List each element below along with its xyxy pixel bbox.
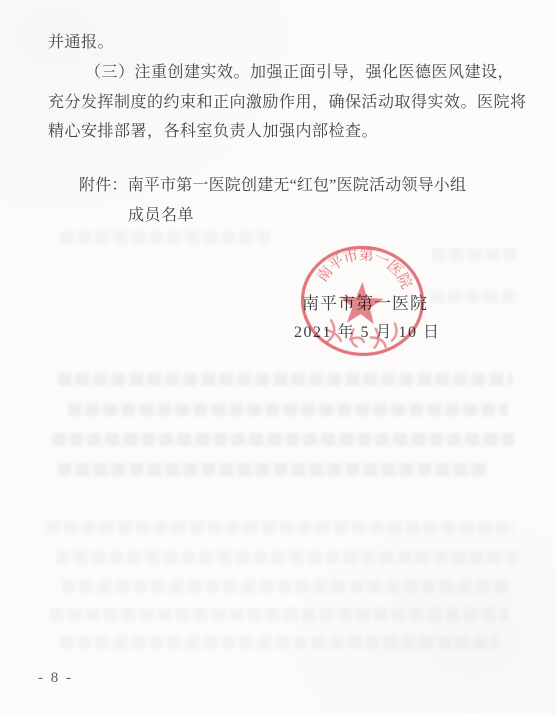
bleedthrough-line bbox=[60, 636, 498, 649]
bleedthrough-line bbox=[62, 580, 510, 593]
bleedthrough-line bbox=[46, 521, 516, 534]
bleedthrough-line bbox=[58, 463, 488, 476]
bleedthrough-line bbox=[58, 373, 513, 386]
bleedthrough-line bbox=[52, 433, 514, 446]
body-line-1: 并通报。 bbox=[48, 29, 114, 52]
official-seal: 南平市第一医院 bbox=[295, 237, 433, 366]
bleedthrough-line bbox=[56, 551, 518, 564]
bleedthrough-line bbox=[68, 403, 508, 416]
scanned-document-page: 并通报。 （三）注重创建实效。加强正面引导，强化医德医风建设， 充分发挥制度的约… bbox=[0, 0, 556, 715]
red-star-icon bbox=[338, 281, 384, 325]
body-line-4: 精心安排部署，各科室负责人加强内部检查。 bbox=[48, 118, 378, 141]
seal-bottom-marks bbox=[326, 320, 397, 349]
bleedthrough-line bbox=[50, 608, 508, 621]
bleedthrough-line bbox=[430, 290, 520, 303]
body-line-2: （三）注重创建实效。加强正面引导，强化医德医风建设， bbox=[85, 59, 514, 82]
attachment-line-2: 成员名单 bbox=[128, 202, 194, 225]
official-seal-graphic: 南平市第一医院 bbox=[295, 237, 433, 366]
seal-arc-text: 南平市第一医院 bbox=[313, 244, 417, 292]
page-number: - 8 - bbox=[38, 670, 73, 687]
bleedthrough-line bbox=[60, 231, 270, 244]
bleedthrough-line bbox=[432, 248, 517, 261]
body-line-3: 充分发挥制度的约束和正向激励作用，确保活动取得实效。医院将 bbox=[48, 89, 527, 112]
attachment-line-1: 附件：南平市第一医院创建无“红包”医院活动领导小组 bbox=[79, 172, 466, 195]
